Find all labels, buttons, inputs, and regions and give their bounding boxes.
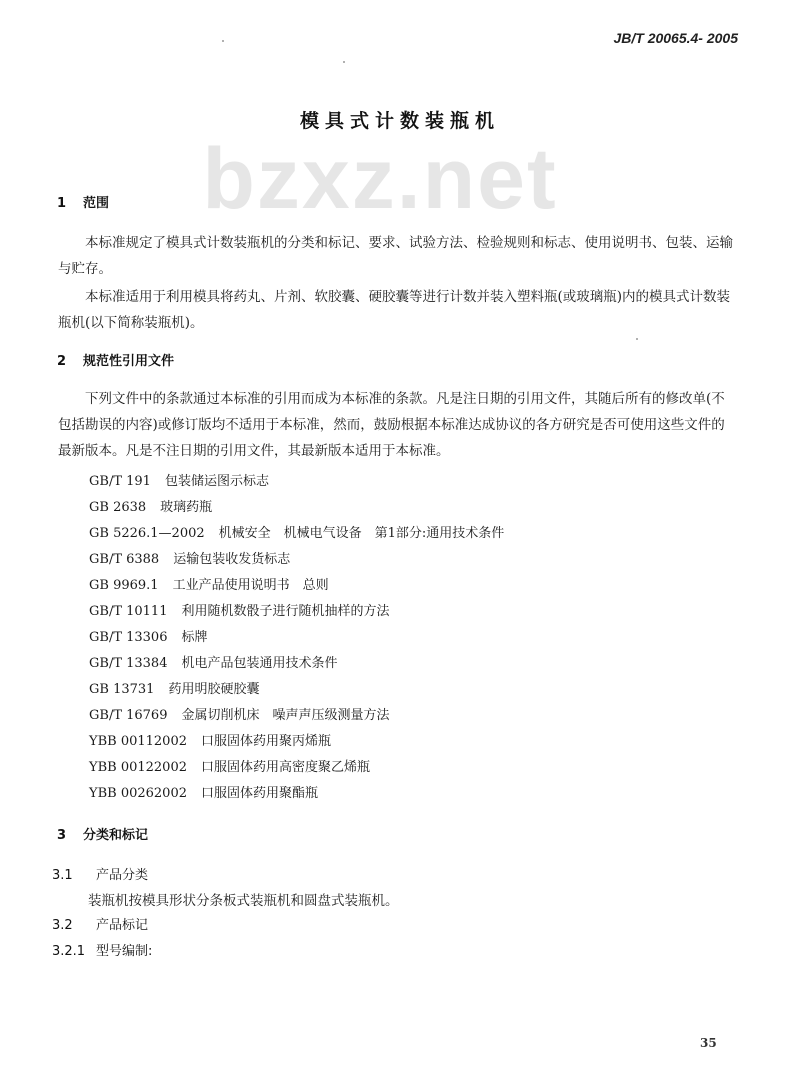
reference-title: 口服固体药用聚酯瓶 xyxy=(201,786,318,801)
section-title: 范围 xyxy=(83,196,109,211)
reference-item: GB 5226.1—2002机械安全 机械电气设备 第1部分:通用技术条件 xyxy=(89,522,504,541)
scan-speck xyxy=(636,338,638,340)
subsection-3-2-1-heading: 3.2.1型号编制: xyxy=(52,940,152,959)
reference-code: GB/T 13384 xyxy=(89,656,167,671)
paragraph: 装瓶机按模具形状分条板式装瓶机和圆盘式装瓶机。 xyxy=(88,889,399,909)
reference-item: GB/T 16769金属切削机床 噪声声压级测量方法 xyxy=(89,704,390,723)
reference-code: GB/T 6388 xyxy=(89,552,159,567)
section-1-heading: 1范围 xyxy=(57,192,109,211)
section-2-heading: 2规范性引用文件 xyxy=(57,350,174,369)
subsection-3-1-heading: 3.1产品分类 xyxy=(52,864,148,883)
reference-code: GB 5226.1—2002 xyxy=(89,526,205,541)
reference-title: 利用随机数骰子进行随机抽样的方法 xyxy=(181,604,389,619)
reference-code: GB 9969.1 xyxy=(89,578,159,593)
paragraph: 本标准规定了模具式计数装瓶机的分类和标记、要求、试验方法、检验规则和标志、使用说… xyxy=(58,230,738,282)
reference-code: GB/T 191 xyxy=(89,474,151,489)
reference-code: YBB 00112002 xyxy=(89,734,187,749)
reference-item: GB 13731药用明胶硬胶囊 xyxy=(89,678,259,697)
section-title: 规范性引用文件 xyxy=(83,354,174,369)
subsection-3-2-heading: 3.2产品标记 xyxy=(52,914,148,933)
reference-code: YBB 00262002 xyxy=(89,786,187,801)
document-title: 模具式计数装瓶机 xyxy=(0,106,800,133)
subsection-title: 产品标记 xyxy=(96,918,148,933)
subsection-number: 3.2.1 xyxy=(52,944,96,959)
reference-code: YBB 00122002 xyxy=(89,760,187,775)
reference-title: 口服固体药用高密度聚乙烯瓶 xyxy=(201,760,370,775)
reference-item: GB/T 13384机电产品包装通用技术条件 xyxy=(89,652,338,671)
reference-title: 金属切削机床 噪声声压级测量方法 xyxy=(181,708,389,723)
scan-speck xyxy=(343,61,345,63)
reference-code: GB 13731 xyxy=(89,682,154,697)
page-number: 35 xyxy=(700,1036,717,1050)
section-3-heading: 3分类和标记 xyxy=(57,824,148,843)
reference-title: 包装储运图示标志 xyxy=(165,474,269,489)
reference-item: YBB 00122002口服固体药用高密度聚乙烯瓶 xyxy=(89,756,370,775)
reference-item: YBB 00112002口服固体药用聚丙烯瓶 xyxy=(89,730,331,749)
reference-title: 标牌 xyxy=(181,630,207,645)
scan-speck xyxy=(222,40,224,42)
reference-code: GB 2638 xyxy=(89,500,146,515)
reference-code: GB/T 16769 xyxy=(89,708,167,723)
paragraph: 本标准适用于利用模具将药丸、片剂、软胶囊、硬胶囊等进行计数并装入塑料瓶(或玻璃瓶… xyxy=(58,284,738,336)
section-number: 2 xyxy=(57,354,83,369)
reference-item: GB/T 191包装储运图示标志 xyxy=(89,470,269,489)
subsection-number: 3.2 xyxy=(52,918,96,933)
reference-title: 机电产品包装通用技术条件 xyxy=(181,656,337,671)
reference-item: YBB 00262002口服固体药用聚酯瓶 xyxy=(89,782,318,801)
reference-item: GB/T 10111利用随机数骰子进行随机抽样的方法 xyxy=(89,600,390,619)
subsection-title: 产品分类 xyxy=(96,868,148,883)
section-number: 3 xyxy=(57,828,83,843)
reference-title: 工业产品使用说明书 总则 xyxy=(173,578,329,593)
reference-item: GB/T 6388运输包装收发货标志 xyxy=(89,548,290,567)
subsection-number: 3.1 xyxy=(52,868,96,883)
reference-code: GB/T 13306 xyxy=(89,630,167,645)
reference-title: 机械安全 机械电气设备 第1部分:通用技术条件 xyxy=(219,526,505,541)
reference-item: GB 9969.1工业产品使用说明书 总则 xyxy=(89,574,329,593)
reference-title: 口服固体药用聚丙烯瓶 xyxy=(201,734,331,749)
reference-title: 药用明胶硬胶囊 xyxy=(168,682,259,697)
reference-title: 运输包装收发货标志 xyxy=(173,552,290,567)
subsection-title: 型号编制: xyxy=(96,944,152,959)
section-number: 1 xyxy=(57,196,83,211)
watermark: bzxz.net xyxy=(0,130,760,229)
paragraph: 下列文件中的条款通过本标准的引用而成为本标准的条款。凡是注日期的引用文件，其随后… xyxy=(58,386,738,464)
standard-code: JB/T 20065.4- 2005 xyxy=(613,30,738,46)
reference-item: GB/T 13306标牌 xyxy=(89,626,208,645)
reference-code: GB/T 10111 xyxy=(89,604,167,619)
reference-item: GB 2638玻璃药瓶 xyxy=(89,496,212,515)
section-title: 分类和标记 xyxy=(83,828,148,843)
reference-title: 玻璃药瓶 xyxy=(160,500,212,515)
